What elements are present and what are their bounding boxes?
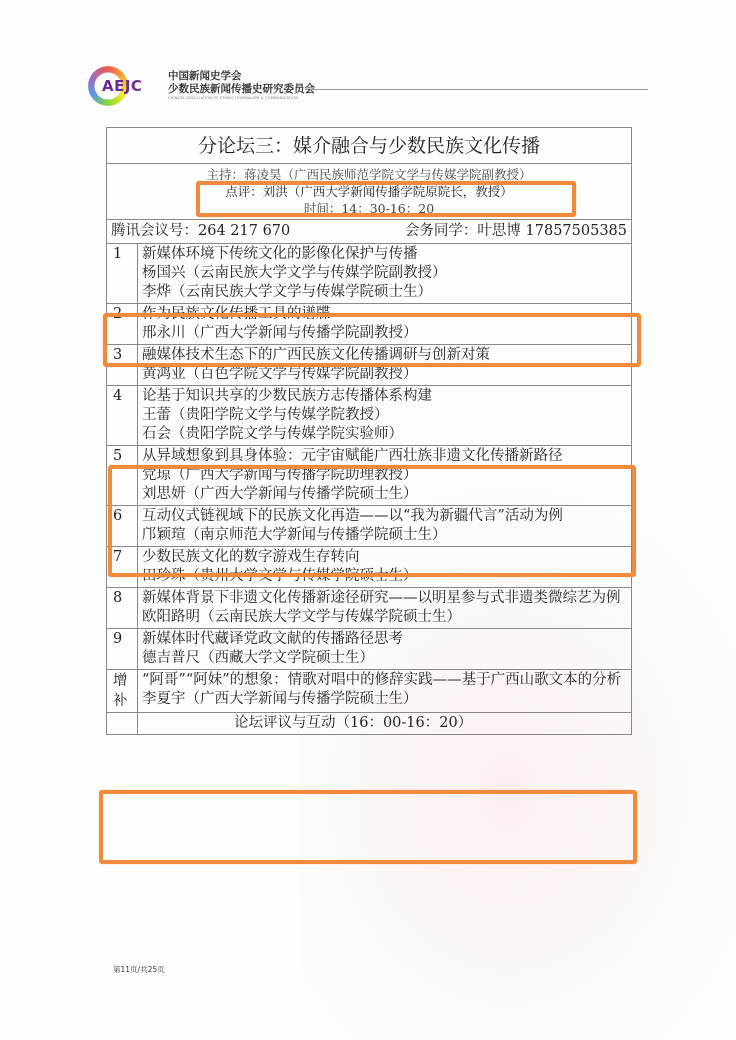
paper-title: 论基于知识共享的少数民族方志传播体系构建 bbox=[142, 387, 627, 406]
paper-row: 2 作为民族文化传播工具的谱牒 邢永川（广西大学新闻与传播学院副教授） bbox=[107, 304, 632, 345]
paper-author: 刘思妍（广西大学新闻与传播学院硕士生） bbox=[142, 485, 627, 504]
paper-number: 6 bbox=[107, 506, 138, 547]
closing-session: 论坛评议与互动（16：00-16：20） bbox=[138, 713, 632, 735]
paper-author: 邝颖瑄（南京师范大学新闻与传播学院硕士生） bbox=[142, 526, 627, 545]
paper-number: 1 bbox=[107, 244, 138, 304]
paper-row: 5 从异域想象到具身体验：元宇宙赋能广西壮族非遗文化传播新路径 党琼（广西大学新… bbox=[107, 446, 632, 506]
organization-name: 中国新闻史学会 少数民族新闻传播史研究委员会 CHINESE ASSOCIATI… bbox=[168, 70, 315, 100]
paper-number: 8 bbox=[107, 588, 138, 629]
title-row: 分论坛三：媒介融合与少数民族文化传播 bbox=[107, 128, 632, 164]
paper-row: 6 互动仪式链视域下的民族文化再造——以“我为新疆代言”活动为例 邝颖瑄（南京师… bbox=[107, 506, 632, 547]
paper-row: 3 融媒体技术生态下的广西民族文化传播调研与创新对策 黄鸿业（百色学院文学与传媒… bbox=[107, 345, 632, 386]
paper-row: 9 新媒体时代藏译党政文献的传播路径思考 德吉普尺（西藏大学文学院硕士生） bbox=[107, 629, 632, 670]
paper-title: 新媒体环境下传统文化的影像化保护与传播 bbox=[142, 245, 627, 264]
paper-author: 李烨（云南民族大学文学与传媒学院硕士生） bbox=[142, 283, 627, 302]
forum-program-table: 分论坛三：媒介融合与少数民族文化传播 主持：蒋凌昊（广西民族师范学院文学与传媒学… bbox=[106, 127, 632, 735]
paper-row-supplement: 增补 “阿哥”“阿妹”的想象：情歌对唱中的修辞实践——基于广西山歌文本的分析 李… bbox=[107, 670, 632, 713]
paper-author: 李夏宇（广西大学新闻与传播学院硕士生） bbox=[142, 690, 627, 709]
paper-number: 7 bbox=[107, 547, 138, 588]
paper-author: 德吉普尺（西藏大学文学院硕士生） bbox=[142, 649, 627, 668]
forum-title: 分论坛三：媒介融合与少数民族文化传播 bbox=[107, 128, 632, 164]
paper-number: 9 bbox=[107, 629, 138, 670]
paper-title: 少数民族文化的数字游戏生存转向 bbox=[142, 548, 627, 567]
paper-author: 王蕾（贵阳学院文学与传媒学院教授） bbox=[142, 406, 627, 425]
contact-info: 会务同学：叶思博 17857505385 bbox=[405, 222, 627, 241]
meeting-row: 腾讯会议号：264 217 670 会务同学：叶思博 17857505385 bbox=[107, 220, 632, 244]
paper-row: 4 论基于知识共享的少数民族方志传播体系构建 王蕾（贵阳学院文学与传媒学院教授）… bbox=[107, 386, 632, 446]
page-number: 第11页/共25页 bbox=[113, 964, 165, 975]
paper-title: 作为民族文化传播工具的谱牒 bbox=[142, 305, 627, 324]
paper-number: 4 bbox=[107, 386, 138, 446]
paper-author: 杨国兴（云南民族大学文学与传媒学院副教授） bbox=[142, 264, 627, 283]
page-header: AEJC 中国新闻史学会 少数民族新闻传播史研究委员会 CHINESE ASSO… bbox=[88, 64, 648, 108]
paper-row: 1 新媒体环境下传统文化的影像化保护与传播 杨国兴（云南民族大学文学与传媒学院副… bbox=[107, 244, 632, 304]
paper-row: 7 少数民族文化的数字游戏生存转向 田珍珠（贵州大学文学与传媒学院硕士生） bbox=[107, 547, 632, 588]
paper-title: 从异域想象到具身体验：元宇宙赋能广西壮族非遗文化传播新路径 bbox=[142, 447, 627, 466]
logo-text: AEJC bbox=[102, 77, 142, 95]
paper-title: 融媒体技术生态下的广西民族文化传播调研与创新对策 bbox=[142, 346, 627, 365]
reviewer-line: 点评：刘洪（广西大学新闻传播学院原院长，教授） bbox=[107, 183, 631, 200]
paper-author: 田珍珠（贵州大学文学与传媒学院硕士生） bbox=[142, 567, 627, 586]
paper-number: 5 bbox=[107, 446, 138, 506]
aejc-logo: AEJC bbox=[88, 66, 164, 106]
paper-author: 黄鸿业（百色学院文学与传媒学院副教授） bbox=[142, 365, 627, 384]
paper-title: 互动仪式链视域下的民族文化再造——以“我为新疆代言”活动为例 bbox=[142, 507, 627, 526]
paper-number: 3 bbox=[107, 345, 138, 386]
paper-title: “阿哥”“阿妹”的想象：情歌对唱中的修辞实践——基于广西山歌文本的分析 bbox=[142, 671, 627, 690]
paper-row: 8 新媒体背景下非遗文化传播新途径研究——以明星参与式非遗类微综艺为例 欧阳路明… bbox=[107, 588, 632, 629]
org-line-english: CHINESE ASSOCIATION OF ETHNIC JOURNALISM… bbox=[168, 96, 315, 100]
org-line-1: 中国新闻史学会 bbox=[168, 70, 315, 83]
host-line: 主持：蒋凌昊（广西民族师范学院文学与传媒学院副教授） bbox=[107, 166, 631, 183]
highlight-box-supplement bbox=[99, 790, 637, 864]
paper-number: 增补 bbox=[107, 670, 138, 713]
paper-author: 党琼（广西大学新闻与传播学院助理教授） bbox=[142, 466, 627, 485]
paper-title: 新媒体时代藏译党政文献的传播路径思考 bbox=[142, 630, 627, 649]
paper-author: 邢永川（广西大学新闻与传播学院副教授） bbox=[142, 324, 627, 343]
header-divider bbox=[310, 89, 648, 90]
info-row: 主持：蒋凌昊（广西民族师范学院文学与传媒学院副教授） 点评：刘洪（广西大学新闻传… bbox=[107, 164, 632, 220]
org-line-2: 少数民族新闻传播史研究委员会 bbox=[168, 83, 315, 96]
meeting-id: 腾讯会议号：264 217 670 bbox=[111, 223, 290, 239]
paper-title: 新媒体背景下非遗文化传播新途径研究——以明星参与式非遗类微综艺为例 bbox=[142, 589, 627, 608]
closing-row: 论坛评议与互动（16：00-16：20） bbox=[107, 713, 632, 735]
paper-author: 欧阳路明（云南民族大学文学与传媒学院硕士生） bbox=[142, 608, 627, 627]
paper-author: 石会（贵阳学院文学与传媒学院实验师） bbox=[142, 425, 627, 444]
paper-number: 2 bbox=[107, 304, 138, 345]
time-line: 时间：14：30-16：20 bbox=[107, 200, 631, 217]
